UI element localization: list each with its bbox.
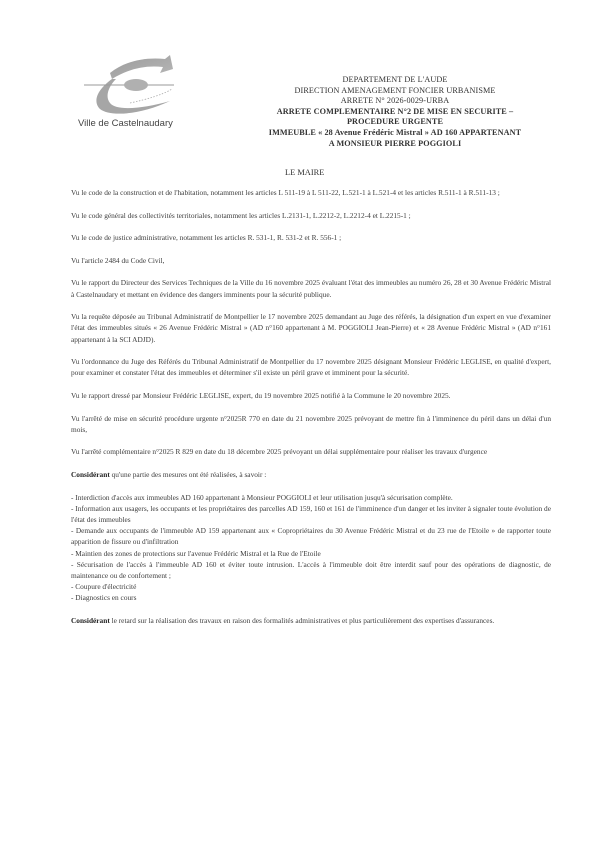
visa-paragraph: Vu le code de la construction et de l'ha…	[71, 187, 551, 198]
measure-item: - Information aux usagers, les occupants…	[71, 503, 551, 525]
header-owner: A MONSIEUR PIERRE POGGIOLI	[245, 139, 545, 150]
header-procedure: PROCEDURE URGENTE	[245, 117, 545, 128]
visa-paragraph: Vu l'arrêté de mise en sécurité procédur…	[71, 413, 551, 435]
city-logo: Ville de Castelnaudary	[70, 55, 180, 155]
measure-item: - Maintien des zones de protections sur …	[71, 548, 551, 559]
measure-item: - Demande aux occupants de l'immeuble AD…	[71, 525, 551, 547]
city-name: Ville de Castelnaudary	[78, 118, 173, 129]
header-arrete-title: ARRETE COMPLEMENTAIRE N°2 DE MISE EN SEC…	[245, 107, 545, 118]
considerant-keyword: Considérant	[71, 470, 110, 479]
visa-paragraph: Vu l'ordonnance du Juge des Référés du T…	[71, 356, 551, 378]
visa-paragraph: Vu le code de justice administrative, no…	[71, 232, 551, 243]
considerant-paragraph: Considérant qu'une partie des mesures on…	[71, 469, 551, 480]
visa-paragraph: Vu la requête déposée au Tribunal Admini…	[71, 311, 551, 345]
document-header: DEPARTEMENT DE L'AUDE DIRECTION AMENAGEM…	[245, 75, 545, 149]
measures-list: - Interdiction d'accès aux immeubles AD …	[71, 492, 551, 604]
header-arrete-number: ARRETE N° 2026-0029-URBA	[245, 96, 545, 107]
castelnaudary-c-logo-icon	[70, 55, 180, 117]
visa-paragraph: Vu le code général des collectivités ter…	[71, 210, 551, 221]
considerant-text: le retard sur la réalisation des travaux…	[110, 616, 495, 625]
header-building: IMMEUBLE « 28 Avenue Frédéric Mistral » …	[245, 128, 545, 139]
visa-paragraph: Vu le rapport du Directeur des Services …	[71, 277, 551, 299]
measure-item: - Diagnostics en cours	[71, 592, 551, 603]
document-body: Vu le code de la construction et de l'ha…	[71, 187, 551, 638]
considerant-paragraph: Considérant le retard sur la réalisation…	[71, 615, 551, 626]
signatory-title: LE MAIRE	[285, 168, 324, 177]
header-department: DEPARTEMENT DE L'AUDE	[245, 75, 545, 86]
considerant-keyword: Considérant	[71, 616, 110, 625]
visa-paragraph: Vu l'arrêté complémentaire n°2025 R 829 …	[71, 446, 551, 457]
measure-item: - Interdiction d'accès aux immeubles AD …	[71, 492, 551, 503]
visa-paragraph: Vu l'article 2484 du Code Civil,	[71, 255, 551, 266]
measure-item: - Sécurisation de l'accès à l'immeuble A…	[71, 559, 551, 581]
considerant-text: qu'une partie des mesures ont été réalis…	[110, 470, 267, 479]
header-direction: DIRECTION AMENAGEMENT FONCIER URBANISME	[245, 86, 545, 97]
visa-paragraph: Vu le rapport dressé par Monsieur Frédér…	[71, 390, 551, 401]
measure-item: - Coupure d'électricité	[71, 581, 551, 592]
